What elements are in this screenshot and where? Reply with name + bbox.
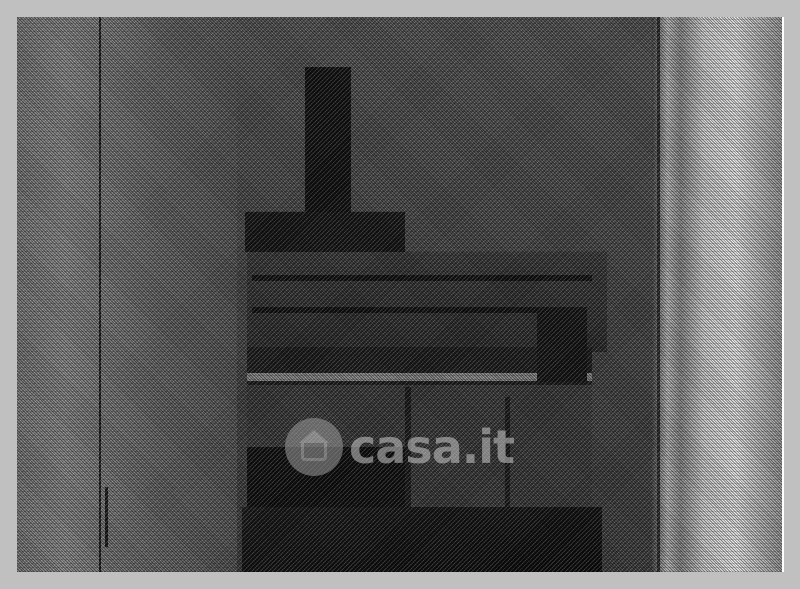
listing-photo: casa.it [17, 17, 784, 572]
watermark: casa.it [285, 417, 514, 477]
wall-corner [657, 17, 660, 572]
floor [242, 507, 602, 572]
range-hood [245, 212, 405, 252]
wall-mark [105, 487, 108, 547]
small-appliance [537, 307, 587, 382]
left-wall [17, 17, 257, 572]
watermark-text: casa.it [349, 424, 514, 470]
shelf [252, 275, 592, 281]
shelf [252, 307, 552, 313]
house-in-circle-icon [285, 418, 343, 476]
window-curtain [652, 17, 782, 572]
wall-seam [99, 17, 101, 572]
